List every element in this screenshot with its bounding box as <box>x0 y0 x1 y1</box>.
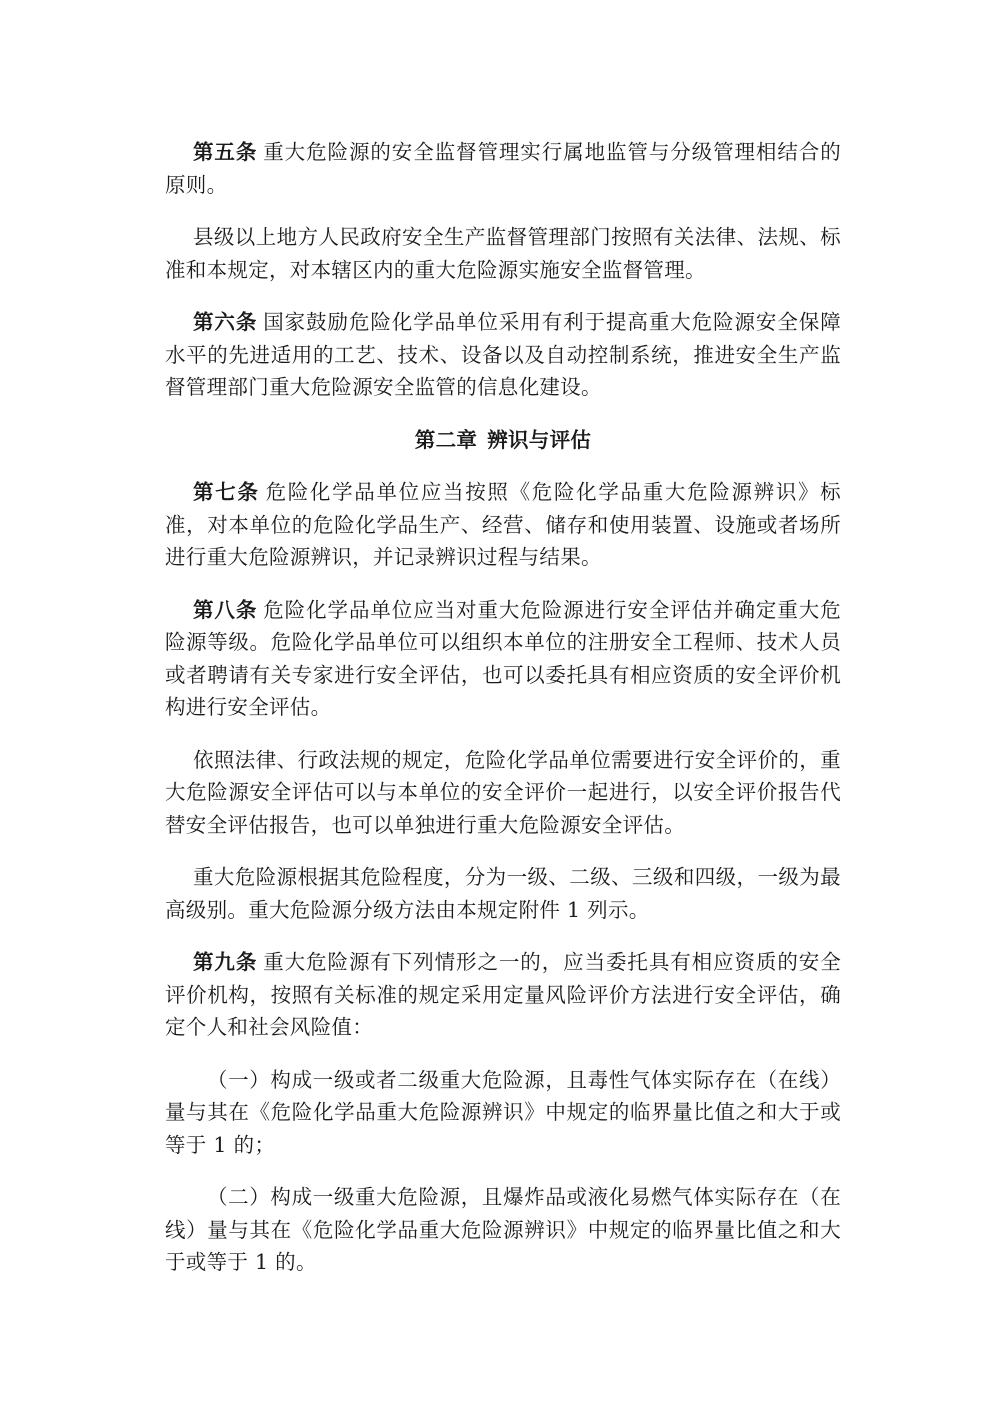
list-item-text: （二）构成一级重大危险源，且爆炸品或液化易燃气体实际存在（在线）量与其在《危险化… <box>165 1185 841 1274</box>
paragraph-text: 危险化学品单位应当按照《危险化学品重大危险源辨识》标准，对本单位的危险化学品生产… <box>165 480 841 569</box>
article-8-paragraph-3: 重大危险源根据其危险程度，分为一级、二级、三级和四级，一级为最高级别。重大危险源… <box>165 861 841 926</box>
article-5-paragraph-2: 县级以上地方人民政府安全生产监督管理部门按照有关法律、法规、标准和本规定，对本辖… <box>165 221 841 286</box>
article-9-item-1: （一）构成一级或者二级重大危险源，且毒性气体实际存在（在线）量与其在《危险化学品… <box>165 1064 841 1162</box>
article-number: 第八条 <box>193 598 257 622</box>
article-8-paragraph-2: 依照法律、行政法规的规定，危险化学品单位需要进行安全评价的，重大危险源安全评估可… <box>165 744 841 842</box>
paragraph-text: 国家鼓励危险化学品单位采用有利于提高重大危险源安全保障水平的先进适用的工艺、技术… <box>165 310 841 399</box>
article-number: 第七条 <box>193 480 260 504</box>
paragraph-text: 危险化学品单位应当对重大危险源进行安全评估并确定重大危险源等级。危险化学品单位可… <box>165 598 841 720</box>
article-9-item-2: （二）构成一级重大危险源，且爆炸品或液化易燃气体实际存在（在线）量与其在《危险化… <box>165 1181 841 1279</box>
chapter-number: 第二章 <box>415 428 477 452</box>
article-6-paragraph: 第六条国家鼓励危险化学品单位采用有利于提高重大危险源安全保障水平的先进适用的工艺… <box>165 306 841 404</box>
paragraph-text: 县级以上地方人民政府安全生产监督管理部门按照有关法律、法规、标准和本规定，对本辖… <box>165 225 841 282</box>
article-8-paragraph: 第八条危险化学品单位应当对重大危险源进行安全评估并确定重大危险源等级。危险化学品… <box>165 594 841 724</box>
article-number: 第九条 <box>193 950 257 974</box>
paragraph-text: 重大危险源的安全监督管理实行属地监管与分级管理相结合的原则。 <box>165 140 841 197</box>
article-7-paragraph: 第七条危险化学品单位应当按照《危险化学品重大危险源辨识》标准，对本单位的危险化学… <box>165 476 841 574</box>
chapter-heading: 第二章辨识与评估 <box>165 424 841 457</box>
document-page: 第五条重大危险源的安全监督管理实行属地监管与分级管理相结合的原则。 县级以上地方… <box>165 136 841 1299</box>
paragraph-text: 重大危险源有下列情形之一的，应当委托具有相应资质的安全评价机构，按照有关标准的规… <box>165 950 841 1039</box>
article-number: 第五条 <box>193 140 257 164</box>
article-5-paragraph: 第五条重大危险源的安全监督管理实行属地监管与分级管理相结合的原则。 <box>165 136 841 201</box>
chapter-title: 辨识与评估 <box>487 428 591 452</box>
article-9-paragraph: 第九条重大危险源有下列情形之一的，应当委托具有相应资质的安全评价机构，按照有关标… <box>165 946 841 1044</box>
paragraph-text: 依照法律、行政法规的规定，危险化学品单位需要进行安全评价的，重大危险源安全评估可… <box>165 748 841 837</box>
list-item-text: （一）构成一级或者二级重大危险源，且毒性气体实际存在（在线）量与其在《危险化学品… <box>165 1068 841 1157</box>
article-number: 第六条 <box>193 310 257 334</box>
paragraph-text: 重大危险源根据其危险程度，分为一级、二级、三级和四级，一级为最高级别。重大危险源… <box>165 865 841 922</box>
